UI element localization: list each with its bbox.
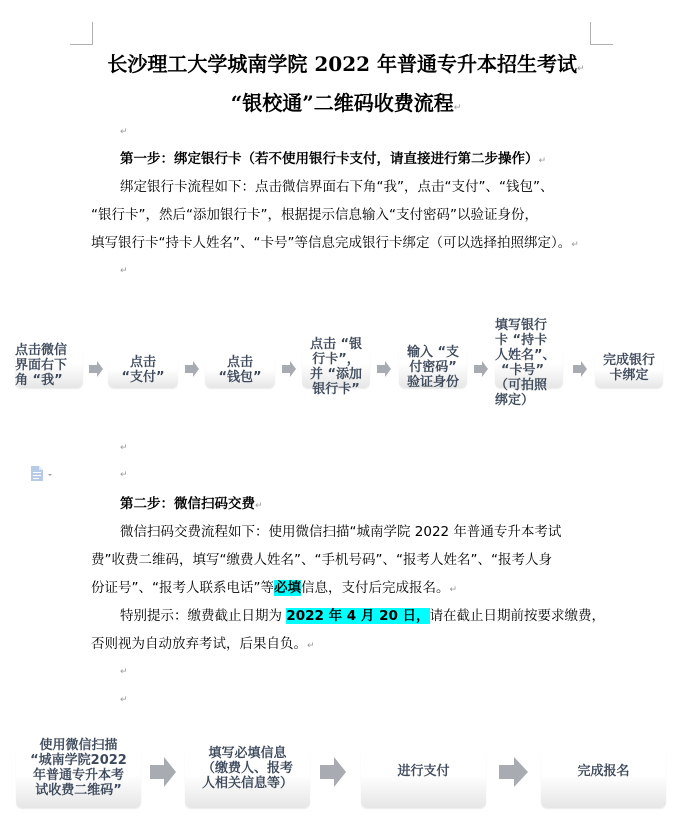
paste-options-button[interactable] xyxy=(31,466,44,481)
flow2-step-3: 进行支付 xyxy=(361,764,486,779)
page-corner-top-left xyxy=(70,22,93,45)
arrow-right-icon xyxy=(185,361,199,377)
document-paste-icon xyxy=(31,466,53,481)
step2-notice-line2: 否则视为自动放弃考试，后果自负。↵ xyxy=(91,630,315,660)
arrow-right-icon xyxy=(499,757,529,787)
step1-heading: 第一步：绑定银行卡（若不使用银行卡支付，请直接进行第二步操作）↵ xyxy=(120,145,546,175)
paragraph-mark: ↵ xyxy=(120,127,128,137)
flow-step-1: 点击微信 界面右下 角 “我” xyxy=(15,343,83,388)
step2-heading: 第二步：微信扫码交费↵ xyxy=(120,490,263,520)
highlighted-deadline: 2022 年 4 月 20 日， xyxy=(286,608,429,624)
flow-step-5: 输入 “支 付密码” 验证身份 xyxy=(399,345,467,390)
flow2-step-2: 填写必填信息 （缴费人、报考 人相关信息等） xyxy=(185,746,310,791)
arrow-right-icon xyxy=(377,361,391,377)
step2-body-line2: 费”收费二维码，填写“缴费人姓名”、“手机号码”、“报考人姓名”、“报考人身 xyxy=(91,546,552,574)
paragraph-mark: ↵ xyxy=(120,695,128,705)
flow-step-7: 完成银行 卡绑定 xyxy=(595,353,663,383)
document-title-line2: “银校通”二维码收费流程↵ xyxy=(0,87,692,116)
flow2-step-1: 使用微信扫描 “城南学院2022 年普通专升本考 试收费二维码” xyxy=(16,738,141,798)
step1-body-line3: 填写银行卡“持卡人姓名”、“卡号”等信息完成银行卡绑定（可以选择拍照绑定）。↵ xyxy=(91,229,579,259)
step2-body-line3: 份证号”、“报考人联系电话”等必填信息，支付后完成报名。↵ xyxy=(91,574,457,604)
paragraph-mark: ↵ xyxy=(120,443,128,453)
highlighted-required: 必填 xyxy=(274,580,301,596)
flow-step-4: 点击 “银 行卡”， 并 “添加 银行卡” xyxy=(302,337,370,397)
flow-step-6: 填写银行 卡 “持卡 人姓名”、 “卡号” （可拍照 绑定） xyxy=(495,318,567,408)
flow-step-3: 点击 “钱包” xyxy=(205,355,275,385)
paragraph-mark: ↵ xyxy=(577,64,585,74)
step1-body-line1: 绑定银行卡流程如下：点击微信界面右下角“我”，点击“支付”、“钱包”、 xyxy=(120,173,553,201)
flow-step-2: 点击 “支付” xyxy=(108,355,178,385)
arrow-right-icon xyxy=(282,361,296,377)
step2-notice-line1: 特别提示：缴费截止日期为 2022 年 4 月 20 日，请在截止日期前按要求缴… xyxy=(120,602,605,630)
paragraph-mark: ↵ xyxy=(120,266,128,276)
paragraph-mark: ↵ xyxy=(120,667,128,677)
paragraph-mark: ↵ xyxy=(454,103,462,113)
step1-body-line2: “银行卡”，然后“添加银行卡”，根据提示信息输入“支付密码”以验证身份， xyxy=(91,201,538,229)
arrow-right-icon xyxy=(474,361,488,377)
paragraph-mark: ↵ xyxy=(120,470,128,480)
page-corner-top-right xyxy=(590,22,613,45)
document-title-line1: 长沙理工大学城南学院 2022 年普通专升本招生考试↵ xyxy=(0,48,692,77)
step2-body-line1: 微信扫码交费流程如下：使用微信扫描“城南学院 2022 年普通专升本考试 xyxy=(120,518,561,546)
arrow-right-icon xyxy=(320,757,346,787)
arrow-right-icon xyxy=(573,361,587,377)
flow2-step-4: 完成报名 xyxy=(541,764,666,779)
arrow-right-icon xyxy=(150,757,176,787)
arrow-right-icon xyxy=(89,361,103,377)
